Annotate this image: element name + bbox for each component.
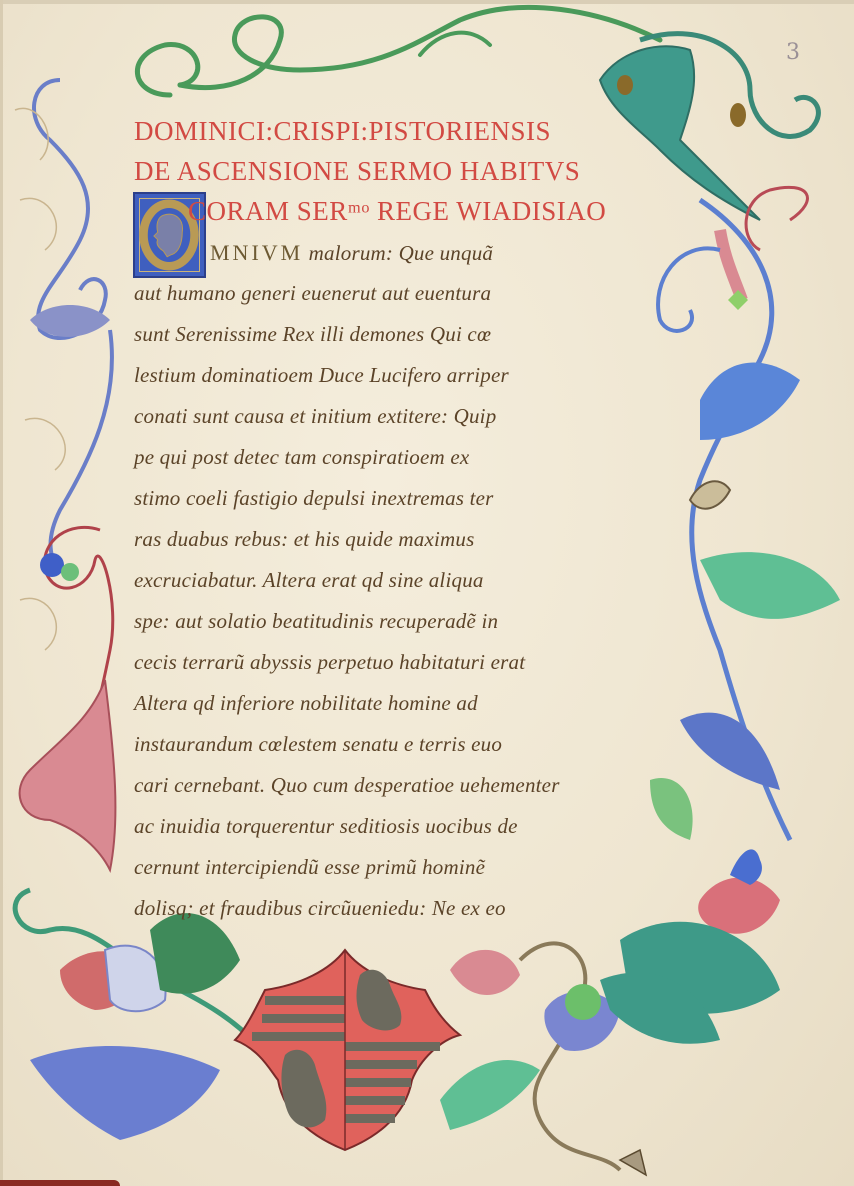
text-line: conati sunt causa et initium extitere: Q… [134, 404, 630, 429]
text-line: excruciabatur. Altera erat qd sine aliqu… [134, 568, 630, 593]
right-leaf-cluster-icon [620, 290, 840, 1014]
top-vine-icon [137, 7, 660, 95]
text-line: cernunt intercipiendũ esse primũ hominẽ [134, 855, 630, 880]
left-pink-acanthus-icon [20, 680, 116, 870]
heading-line-2: DE ASCENSIONE SERMO HABITVS [134, 156, 580, 187]
text-line: instaurandum cœlestem senatu e terris eu… [134, 732, 630, 757]
text-line: dolisq; et fraudibus circũueniedu: Ne ex… [134, 896, 630, 921]
text-line-1-rest: malorum: Que unquã [303, 241, 493, 265]
coat-of-arms-icon [235, 950, 460, 1150]
text-line: ac inuidia torquerentur seditiosis uocib… [134, 814, 630, 839]
text-line: lestium dominatioem Duce Lucifero arripe… [134, 363, 630, 388]
text-line: pe qui post detec tam conspiratioem ex [134, 445, 630, 470]
text-line: Altera qd inferiore nobilitate homine ad [134, 691, 630, 716]
left-grape-cluster-icon [30, 305, 110, 581]
text-line: stimo coeli fastigio depulsi inextremas … [134, 486, 630, 511]
text-line: cari cernebant. Quo cum desperatioe uehe… [134, 773, 630, 798]
text-line: aut humano generi euenerut aut euentura [134, 281, 630, 306]
text-line: spe: aut solatio beatitudinis recuperadẽ… [134, 609, 630, 634]
text-line: cecis terrarũ abyssis perpetuo habitatur… [134, 650, 630, 675]
initial-word-caps: MNIVM [210, 240, 303, 265]
text-line: ras duabus rebus: et his quide maximus [134, 527, 630, 552]
heading-line-3: CORAM SERᵐᵒ REGE WIADISIAO [188, 196, 606, 227]
text-line: sunt Serenissime Rex illi demones Qui cœ [134, 322, 630, 347]
top-right-acanthus-icon [600, 34, 818, 220]
manuscript-page: 3 [0, 0, 854, 1186]
heading-line-1: DOMINICI:CRISPI:PISTORIENSIS [134, 116, 551, 147]
text-line-1: MNIVM malorum: Que unquã [210, 240, 630, 266]
bottom-left-flower-icon [15, 890, 270, 1140]
left-vine-icon [15, 80, 113, 760]
